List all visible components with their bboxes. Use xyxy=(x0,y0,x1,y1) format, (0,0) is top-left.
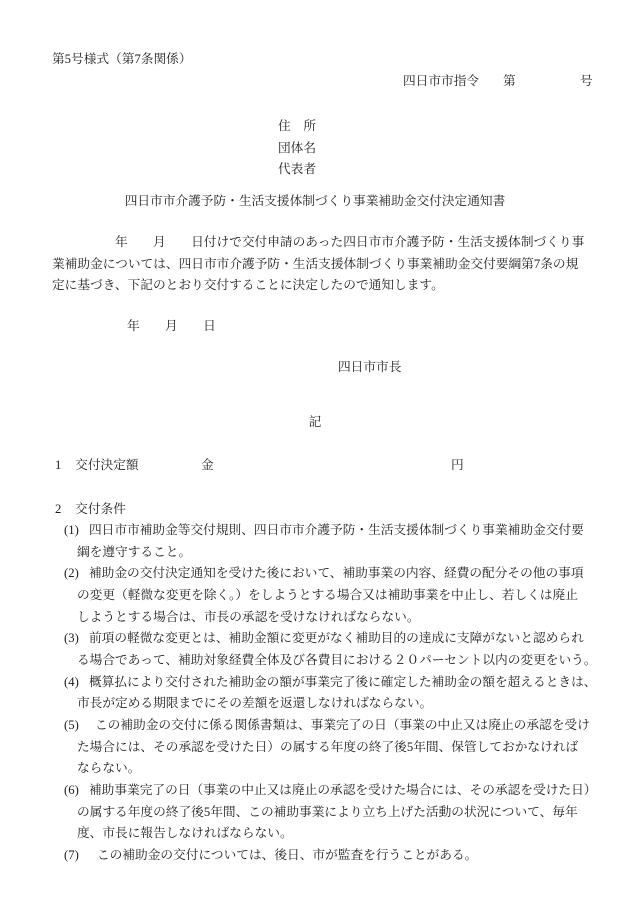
condition-item-marker: (5) xyxy=(64,715,95,737)
directive-line: 四日市市指令 第 号 xyxy=(403,71,613,93)
condition-item-continuation: る場合であって、補助対象経費全体及び各費目における２０パーセント以内の変更をいう… xyxy=(0,650,630,672)
addressee-block: 住 所 団体名 代表者 xyxy=(278,116,316,181)
directive-office: 四日市市指令 xyxy=(403,74,479,88)
condition-item-text: 前項の軽微な変更とは、補助金額に変更がなく補助目的の達成に支障がないと認められ xyxy=(89,631,584,645)
issue-date-line: 年 月 日 xyxy=(127,316,216,338)
body-paragraph: 年 月 日付けで交付申請のあった四日市市介護予防・生活支援体制づくり事業補助金に… xyxy=(52,232,584,297)
condition-item-marker: (2) xyxy=(64,563,89,585)
condition-item-continuation: 度、市長に報告しなければならない。 xyxy=(0,823,630,845)
condition-item-marker: (1) xyxy=(64,520,89,542)
sender-mayor: 四日市市長 xyxy=(338,357,401,379)
condition-item-line: (4)概算払により交付された補助金の額が事業完了後に確定した補助金の額を超えると… xyxy=(0,672,630,694)
condition-item-line: (2)補助金の交付決定通知を受けた後において、補助事業の内容、経費の配分その他の… xyxy=(0,563,630,585)
conditions-heading: 2 交付条件 xyxy=(55,499,126,521)
section-marker: 記 xyxy=(0,412,630,434)
grant-amount-line: 1 交付決定額 金 円 xyxy=(55,455,595,477)
body-paragraph-line: 業補助金については、四日市市介護予防・生活支援体制づくり事業補助金交付要綱第7条… xyxy=(52,254,584,276)
body-paragraph-line: 定に基づき、下記のとおり交付することに決定したので通知します。 xyxy=(52,275,584,297)
condition-item-continuation: た場合には、その承認を受けた日）の属する年度の終了後5年間、保管しておかなければ xyxy=(0,737,630,759)
condition-item-continuation: の属する年度の終了後5年間、この補助事業により立ち上げた活動の状況について、毎年 xyxy=(0,802,630,824)
document-page: 第5号様式（第7条関係） 四日市市指令 第 号 住 所 団体名 代表者 四日市市… xyxy=(0,0,630,915)
condition-item-marker: (6) xyxy=(64,780,89,802)
form-number: 第5号様式（第7条関係） xyxy=(52,49,192,71)
conditions-number: 2 xyxy=(55,499,72,521)
condition-item-marker: (3) xyxy=(64,628,89,650)
condition-item-marker: (4) xyxy=(64,672,89,694)
grant-amount-currency-prefix: 金 xyxy=(201,455,214,477)
condition-item-text: 補助金の交付決定通知を受けた後において、補助事業の内容、経費の配分その他の事項 xyxy=(89,566,584,580)
condition-item-line: (3)前項の軽微な変更とは、補助金額に変更がなく補助目的の達成に支障がないと認め… xyxy=(0,628,630,650)
condition-item-text: 概算払により交付された補助金の額が事業完了後に確定した補助金の額を超えるときは、 xyxy=(89,675,597,689)
conditions-label: 交付条件 xyxy=(75,502,126,516)
condition-item-continuation: 綱を遵守すること。 xyxy=(0,542,630,564)
condition-item-continuation: ならない。 xyxy=(0,758,630,780)
condition-item-line: (1)四日市市補助金等交付規則、四日市市介護予防・生活支援体制づくり事業補助金交… xyxy=(0,520,630,542)
condition-item-continuation: の変更（軽微な変更を除く。）をしようとする場合又は補助事業を中止し、若しくは廃止 xyxy=(0,585,630,607)
conditions-list: (1)四日市市補助金等交付規則、四日市市介護予防・生活支援体制づくり事業補助金交… xyxy=(0,520,630,867)
grant-amount-label: 交付決定額 xyxy=(75,458,138,472)
condition-item-text: この補助金の交付に係る関係書類は、事業完了の日（事業の中止又は廃止の承認を受け xyxy=(95,718,590,732)
condition-item-text: 四日市市補助金等交付規則、四日市市介護予防・生活支援体制づくり事業補助金交付要 xyxy=(89,523,584,537)
condition-item-line: (5)この補助金の交付に係る関係書類は、事業完了の日（事業の中止又は廃止の承認を… xyxy=(0,715,630,737)
directive-number-prefix: 第 xyxy=(503,71,516,93)
condition-item-text: この補助金の交付については、後日、市が監査を行うことがある。 xyxy=(97,848,477,862)
condition-item-continuation: しようとする場合は、市長の承認を受けなければならない。 xyxy=(0,607,630,629)
condition-item-line: (7)この補助金の交付については、後日、市が監査を行うことがある。 xyxy=(0,845,630,867)
organization-label: 団体名 xyxy=(278,138,316,160)
condition-item-line: (6)補助事業完了の日（事業の中止又は廃止の承認を受けた場合には、その承認を受け… xyxy=(0,780,630,802)
representative-label: 代表者 xyxy=(278,159,316,181)
condition-item-text: 補助事業完了の日（事業の中止又は廃止の承認を受けた場合には、その承認を受けた日） xyxy=(89,783,597,797)
grant-amount-number: 1 xyxy=(55,455,72,477)
condition-item-continuation: 市長が定める期限までにその差額を返還しなければならない。 xyxy=(0,693,630,715)
grant-amount-currency-suffix: 円 xyxy=(451,455,464,477)
condition-item-marker: (7) xyxy=(64,845,97,867)
body-paragraph-line: 年 月 日付けで交付申請のあった四日市市介護予防・生活支援体制づくり事 xyxy=(52,232,584,254)
document-title: 四日市市介護予防・生活支援体制づくり事業補助金交付決定通知書 xyxy=(0,191,630,213)
directive-number-suffix: 号 xyxy=(580,71,593,93)
address-label: 住 所 xyxy=(278,116,316,138)
